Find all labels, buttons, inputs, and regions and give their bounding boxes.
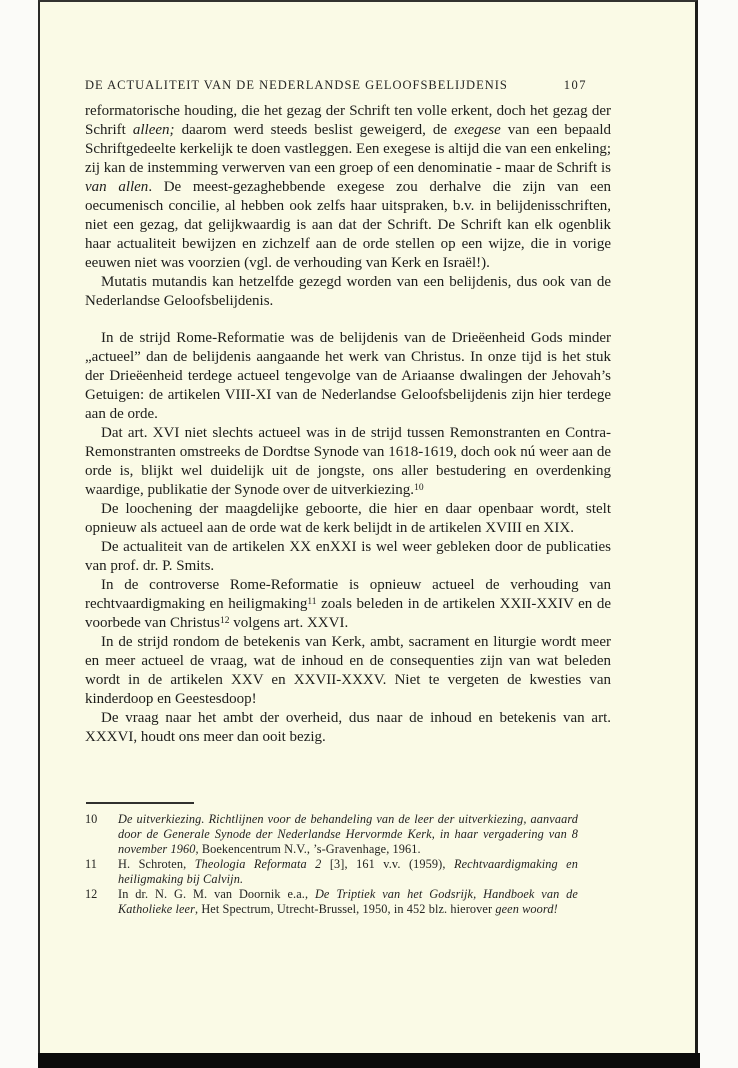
text-segment: , Het Spectrum, Utrecht-Brussel, 1950, i… (195, 902, 495, 916)
text-segment: H. Schroten, (118, 857, 195, 871)
footnote-area: 10De uitverkiezing. Richtlijnen voor de … (85, 802, 578, 917)
text-segment: Boekencentrum N.V., ’s-Gravenhage, 1961. (199, 842, 421, 856)
footnote-list: 10De uitverkiezing. Richtlijnen voor de … (85, 812, 578, 917)
text-segment: geen woord! (495, 902, 557, 916)
text-segment: daarom werd steeds beslist geweigerd, de (175, 122, 455, 138)
footnote-separator (86, 802, 194, 804)
footnote-number: 12 (85, 887, 118, 917)
text-segment: Dat art. XVI niet slechts actueel was in… (85, 425, 611, 498)
text-segment: [3], 161 v.v. (1959), (321, 857, 454, 871)
text-segment: van allen (85, 179, 148, 195)
footnote: 12In dr. N. G. M. van Doornik e.a., De T… (85, 887, 578, 917)
scan-background: { "colors": { "paper": "#fafae6", "scan_… (0, 0, 738, 1068)
footnote-reference: 11 (307, 597, 316, 607)
text-segment: In de strijd Rome-Reformatie was de beli… (85, 330, 611, 422)
footnote-text: In dr. N. G. M. van Doornik e.a., De Tri… (118, 887, 578, 917)
page-number: 107 (564, 78, 587, 93)
text-segment: . De meest-gezaghebbende exegese zou der… (85, 179, 611, 271)
book-page: DE ACTUALITEIT VAN DE NEDERLANDSE GELOOF… (38, 0, 698, 1068)
text-segment: Mutatis mutandis kan hetzelfde gezegd wo… (85, 274, 611, 309)
paragraph: De loochening der maagdelijke geboorte, … (85, 500, 611, 538)
text-segment: De loochening der maagdelijke geboorte, … (85, 501, 611, 536)
text-segment: alleen; (133, 122, 175, 138)
paragraph: Dat art. XVI niet slechts actueel was in… (85, 424, 611, 500)
paragraph: reformatorische houding, die het gezag d… (85, 102, 611, 273)
text-segment: In de strijd rondom de betekenis van Ker… (85, 634, 611, 707)
footnote-text: De uitverkiezing. Richtlijnen voor de be… (118, 812, 578, 857)
footnote-text: H. Schroten, Theologia Reformata 2 [3], … (118, 857, 578, 887)
footnote-reference: 12 (220, 616, 230, 626)
text-segment: exegese (454, 122, 501, 138)
paragraph: De vraag naar het ambt der overheid, dus… (85, 709, 611, 747)
paragraph: In de strijd Rome-Reformatie was de beli… (85, 329, 611, 424)
text-segment: De vraag naar het ambt der overheid, dus… (85, 710, 611, 745)
footnote-number: 10 (85, 812, 118, 857)
body-text: reformatorische houding, die het gezag d… (85, 102, 611, 747)
text-segment: Theologia Reformata 2 (195, 857, 322, 871)
footnote-number: 11 (85, 857, 118, 887)
paragraph: Mutatis mutandis kan hetzelfde gezegd wo… (85, 273, 611, 311)
text-segment: volgens art. XXVI. (229, 615, 348, 631)
text-segment: In dr. N. G. M. van Doornik e.a., (118, 887, 315, 901)
running-header: DE ACTUALITEIT VAN DE NEDERLANDSE GELOOF… (85, 78, 611, 93)
footnote: 11H. Schroten, Theologia Reformata 2 [3]… (85, 857, 578, 887)
footnote-reference: 10 (414, 483, 424, 493)
header-title: DE ACTUALITEIT VAN DE NEDERLANDSE GELOOF… (85, 78, 508, 93)
paragraph: De actualiteit van de artikelen XX enXXI… (85, 538, 611, 576)
text-segment: De actualiteit van de artikelen XX enXXI… (85, 539, 611, 574)
paragraph: In de controverse Rome-Reformatie is opn… (85, 576, 611, 633)
paragraph: In de strijd rondom de betekenis van Ker… (85, 633, 611, 709)
scan-bottom-edge (38, 1053, 700, 1068)
footnote: 10De uitverkiezing. Richtlijnen voor de … (85, 812, 578, 857)
